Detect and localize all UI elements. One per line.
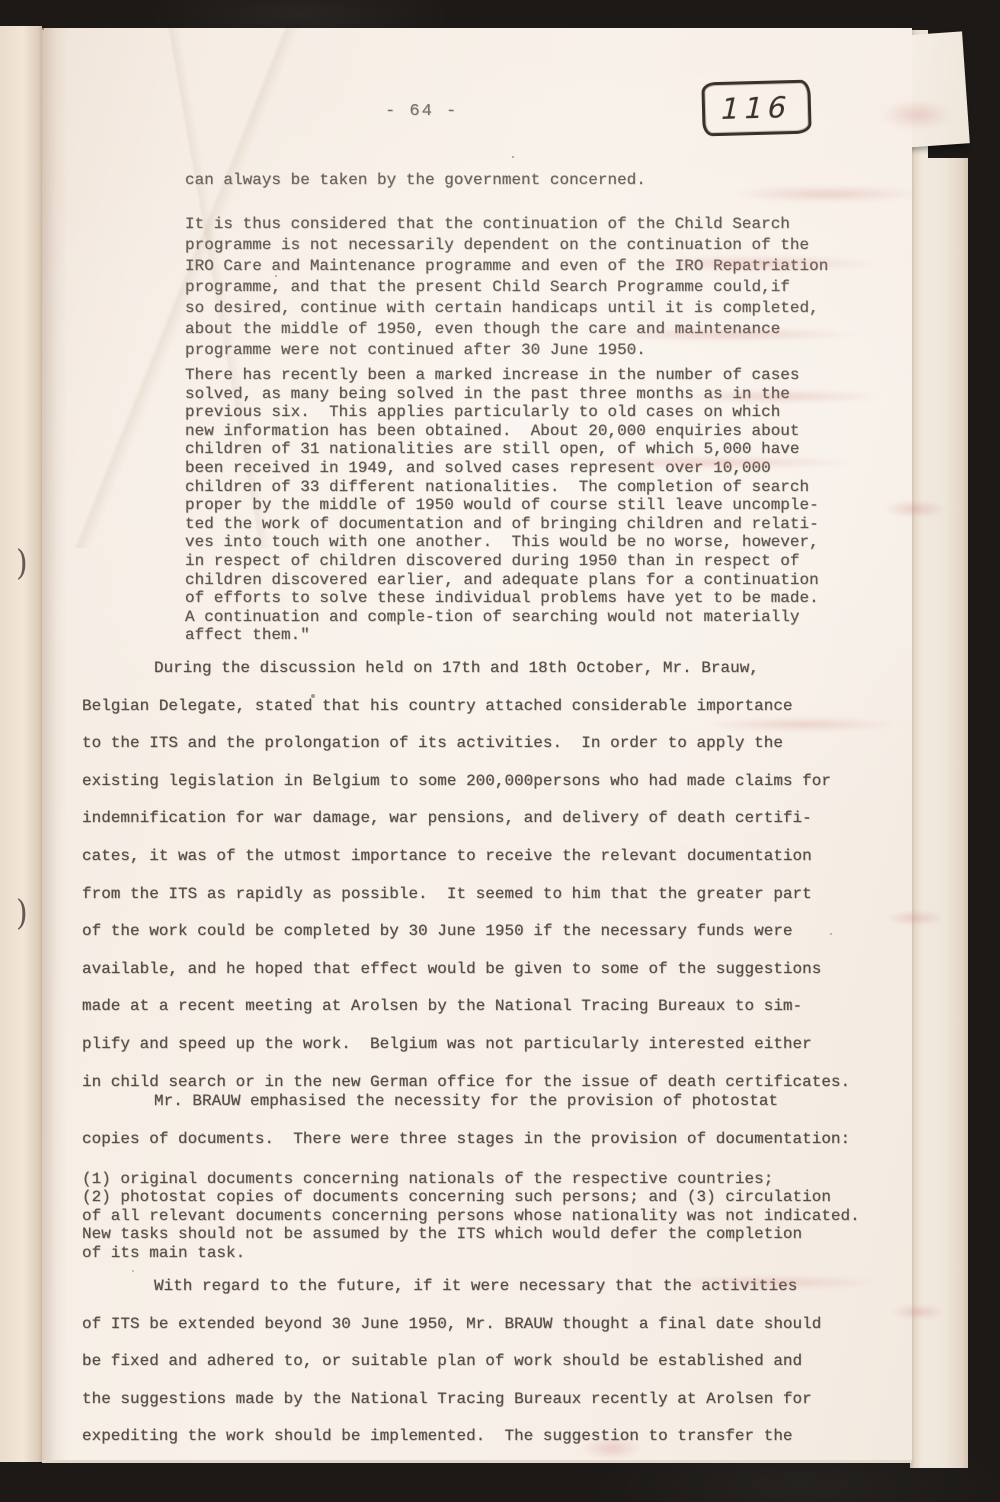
page-stack-edge [910, 30, 968, 1468]
body-paragraph-1: During the discussion held on 17th and 1… [82, 650, 882, 1101]
folio-number: 116 [718, 90, 796, 126]
page-number: - 64 - [385, 102, 458, 121]
handwritten-folio-stamp: 116 [701, 80, 811, 137]
body-paragraph-2: Mr. BRAUW emphasised the necessity for t… [82, 1083, 882, 1158]
quote-paragraph-2: There has recently been a marked increas… [185, 366, 875, 645]
quote-paragraph-1: It is thus considered that the continuat… [185, 214, 865, 361]
ink-specks [42, 28, 44, 30]
body-paragraph-3: With regard to the future, if it were ne… [82, 1268, 882, 1456]
numbered-list-block: (1) original documents concerning nation… [82, 1170, 882, 1262]
binding-margin-mark-top: ) [16, 543, 28, 583]
binding-margin-mark-bottom: ) [16, 893, 28, 933]
intro-line: can always be taken by the government co… [185, 170, 865, 190]
scanned-document: - 64 - 116 can always be taken by the go… [0, 0, 1000, 1502]
document-page: - 64 - 116 can always be taken by the go… [42, 28, 912, 1463]
left-page-edge [0, 26, 42, 1462]
